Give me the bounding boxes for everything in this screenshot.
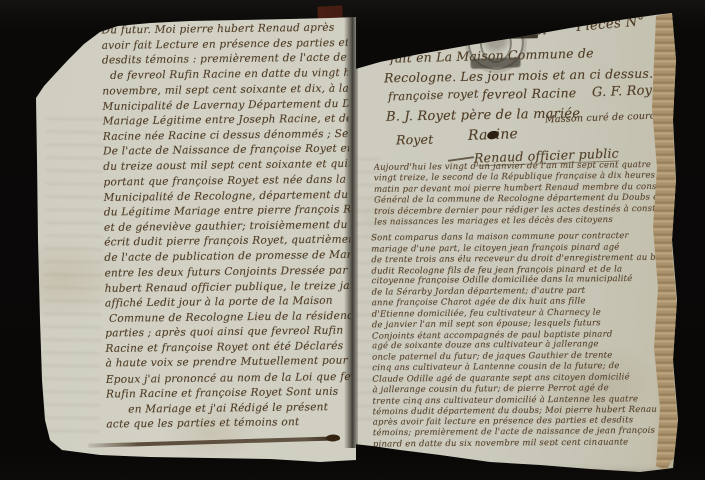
manuscript-line: pinard en datte du six novembre mil sept…	[373, 437, 657, 447]
manuscript-line: Epoux j'ai prononcé au nom de la Loi que…	[106, 369, 352, 387]
ink-bleed-through	[41, 110, 105, 441]
manuscript-line: avoir fait Lecture en présence des parti…	[102, 36, 348, 54]
ink-flourish-line	[88, 436, 340, 447]
signature-groom: fevreol Racine	[482, 85, 577, 102]
document-scan: Du futur. Moi pierre hubert Renaud après…	[0, 0, 705, 480]
corner-annotation: Pieces N°	[575, 13, 645, 35]
manuscript-line: Racine et françoise Royet ont été Déclar…	[105, 339, 351, 357]
signature-royet: Royet	[396, 132, 434, 148]
manuscript-line: de l'acte de publication de promesse de …	[104, 248, 350, 266]
manuscript-line: Commune de Recologne Lieu de la résidenc…	[105, 309, 351, 327]
closing-line: fait en La Maison Commune de	[390, 45, 594, 65]
manuscript-line: du treize aoust mil sept cent soixante e…	[103, 157, 349, 175]
act-preamble-block: Aujourd'hui les vingt d'un janvier de l'…	[374, 160, 657, 231]
closing-line: Recologne. Les jour mois et an ci dessus…	[384, 66, 653, 86]
manuscript-line: en Mariage et j'ai Rédigé le présent	[106, 400, 352, 418]
manuscript-line: Racine née Racine ci dessus dénommés ; S…	[103, 127, 349, 145]
left-page-text-block: Du futur. Moi pierre hubert Renaud après…	[101, 21, 352, 438]
signature-bride: françoise royet	[388, 86, 479, 103]
act-body-block: Sont comparus dans la maison commune pou…	[371, 231, 657, 447]
manuscript-line: hubert Renaud officier publique, le trei…	[105, 279, 351, 297]
manuscript-line: Municipalité de Lavernay Département du …	[102, 97, 348, 115]
gutter-shadow	[344, 14, 358, 448]
ink-blob	[326, 434, 340, 441]
manuscript-line: Municipalité de Recologne, département d…	[104, 188, 350, 206]
manuscript-line: et de géneviève gauthier; troisièmement …	[104, 218, 350, 236]
manuscript-line: de fevreol Rufin Racine en datte du ving…	[102, 66, 348, 84]
